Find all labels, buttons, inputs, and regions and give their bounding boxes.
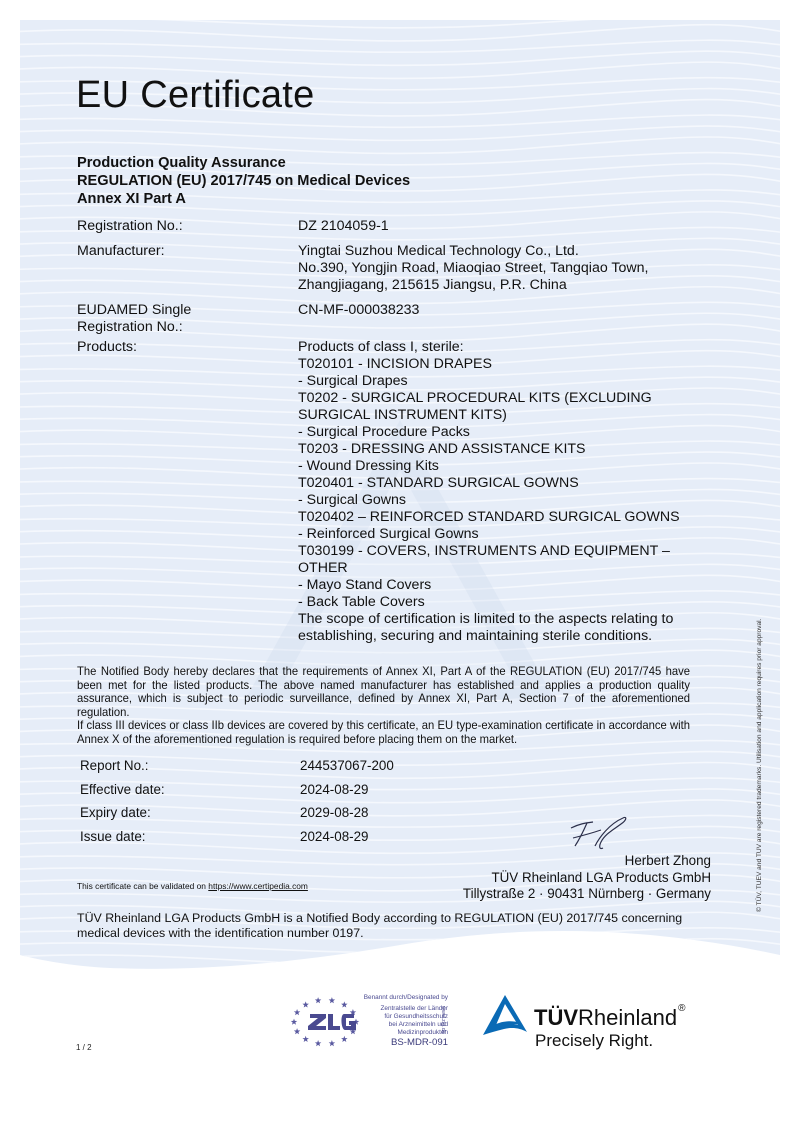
product-line: SURGICAL INSTRUMENT KITS)	[298, 407, 507, 424]
eudamed-label: EUDAMED Single	[77, 302, 191, 319]
product-line: T0202 - SURGICAL PROCEDURAL KITS (EXCLUD…	[298, 390, 652, 407]
product-line: T020101 - INCISION DRAPES	[298, 356, 492, 373]
expiry-date-label: Expiry date:	[80, 805, 151, 820]
effective-date-label: Effective date:	[80, 782, 165, 797]
notified-body-statement: TÜV Rheinland LGA Products GmbH is a Not…	[77, 911, 717, 941]
subheading-line: Production Quality Assurance	[77, 154, 410, 172]
tuv-name-regular: Rheinland	[578, 1005, 677, 1030]
tuv-name-bold: TÜV	[534, 1005, 578, 1030]
page-number: 1 / 2	[76, 1043, 92, 1052]
zlg-designation: Benannt durch/Designated by Zentralstell…	[356, 994, 448, 1047]
signer-name: Herbert Zhong	[463, 853, 711, 870]
declaration-paragraph: The Notified Body hereby declares that t…	[77, 665, 690, 719]
tuv-wordmark: TÜVRheinland®	[534, 1005, 685, 1031]
manufacturer-address-line: No.390, Yongjin Road, Miaoqiao Street, T…	[298, 260, 648, 277]
certificate-subheading: Production Quality Assurance REGULATION …	[77, 154, 410, 208]
report-number-value: 244537067-200	[300, 758, 394, 773]
expiry-date-value: 2029-08-28	[300, 805, 369, 820]
product-line: - Mayo Stand Covers	[298, 577, 431, 594]
product-line: - Surgical Drapes	[298, 373, 408, 390]
product-line: - Reinforced Surgical Gowns	[298, 526, 479, 543]
issue-date-value: 2024-08-29	[300, 829, 369, 844]
validation-text: This certificate can be validated on	[77, 881, 208, 891]
tuv-triangle-logo-icon	[482, 994, 528, 1036]
certipedia-link[interactable]: https://www.certipedia.com	[208, 881, 308, 891]
product-line: The scope of certification is limited to…	[298, 611, 673, 628]
registration-label: Registration No.:	[77, 218, 183, 235]
signer-block: Herbert Zhong TÜV Rheinland LGA Products…	[463, 853, 711, 903]
product-line: - Back Table Covers	[298, 594, 425, 611]
product-line: T030199 - COVERS, INSTRUMENTS AND EQUIPM…	[298, 543, 670, 560]
signature-icon	[565, 812, 635, 852]
effective-date-value: 2024-08-29	[300, 782, 369, 797]
product-line: establishing, securing and maintaining s…	[298, 628, 652, 645]
validation-note: This certificate can be validated on htt…	[77, 881, 308, 891]
trademark-side-note: © TÜV, TUEV and TUV are registered trade…	[756, 619, 763, 912]
manufacturer-name: Yingtai Suzhou Medical Technology Co., L…	[298, 243, 579, 260]
report-number-label: Report No.:	[80, 758, 148, 773]
eudamed-label: Registration No.:	[77, 319, 183, 336]
product-line: Products of class I, sterile:	[298, 339, 464, 356]
registered-mark: ®	[678, 1003, 685, 1014]
product-line: - Wound Dressing Kits	[298, 458, 439, 475]
signer-company: TÜV Rheinland LGA Products GmbH	[463, 870, 711, 887]
manufacturer-label: Manufacturer:	[77, 243, 165, 260]
zlg-authority-line: Medizinprodukten	[356, 1029, 448, 1037]
zlg-code: BS-MDR-091	[356, 1039, 448, 1047]
declaration-paragraph: If class III devices or class IIb device…	[77, 719, 690, 746]
product-line: OTHER	[298, 560, 348, 577]
zlg-url: www.zlg.de	[440, 1006, 446, 1034]
product-line: T020402 – REINFORCED STANDARD SURGICAL G…	[298, 509, 680, 526]
zlg-designated-by: Benannt durch/Designated by	[356, 994, 448, 1002]
zlg-authority-line: für Gesundheitsschutz	[356, 1013, 448, 1021]
product-line: T020401 - STANDARD SURGICAL GOWNS	[298, 475, 579, 492]
eudamed-value: CN-MF-000038233	[298, 302, 419, 319]
product-line: T0203 - DRESSING AND ASSISTANCE KITS	[298, 441, 586, 458]
signer-address: Tillystraße 2 · 90431 Nürnberg · Germany	[463, 886, 711, 903]
product-line: - Surgical Procedure Packs	[298, 424, 470, 441]
subheading-line: Annex XI Part A	[77, 190, 410, 208]
manufacturer-address-line: Zhangjiagang, 215615 Jiangsu, P.R. China	[298, 277, 567, 294]
issue-date-label: Issue date:	[80, 829, 146, 844]
zlg-authority-line: bei Arzneimitteln und	[356, 1021, 448, 1029]
certificate-title: EU Certificate	[76, 74, 315, 117]
product-line: - Surgical Gowns	[298, 492, 406, 509]
tuv-slogan: Precisely Right.	[535, 1031, 653, 1051]
registration-value: DZ 2104059-1	[298, 218, 389, 235]
subheading-line: REGULATION (EU) 2017/745 on Medical Devi…	[77, 172, 410, 190]
zlg-authority-line: Zentralstelle der Länder	[356, 1005, 448, 1013]
products-label: Products:	[77, 339, 137, 356]
declaration-text: The Notified Body hereby declares that t…	[77, 665, 690, 747]
